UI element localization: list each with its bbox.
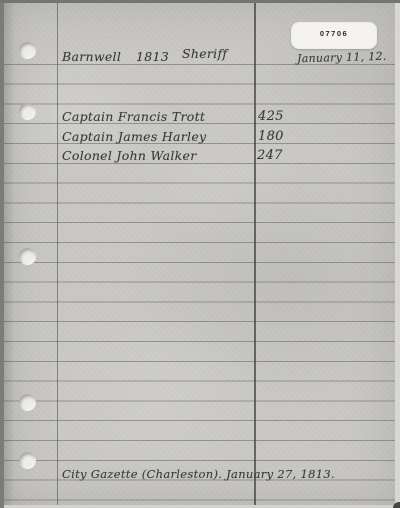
bottom-right-corner-shadow <box>393 502 400 508</box>
candidate-name: Colonel John Walker <box>62 150 197 163</box>
left-edge-shadow <box>4 3 15 508</box>
punch-hole <box>19 42 36 59</box>
center-divider-line <box>254 3 256 508</box>
candidate-name: Captain James Harley <box>62 131 206 144</box>
paper-texture <box>4 3 400 508</box>
paper: 07706 Barnwell 1813 Sheriff January 11, … <box>4 3 400 508</box>
punch-hole <box>19 394 36 411</box>
punch-hole <box>19 103 36 120</box>
header-date: January 11, 12. <box>297 51 387 64</box>
header-office: Sheriff <box>182 48 227 61</box>
left-margin-line <box>57 3 58 508</box>
candidate-name: Captain Francis Trott <box>62 111 205 124</box>
candidate-votes: 180 <box>258 130 284 143</box>
header-county: Barnwell <box>62 51 121 64</box>
punch-hole <box>19 452 36 469</box>
right-page-edge <box>395 3 400 508</box>
scanned-document-page: 07706 Barnwell 1813 Sheriff January 11, … <box>0 0 400 508</box>
punch-hole <box>19 248 36 265</box>
header-year: 1813 <box>136 51 169 64</box>
catalog-label: 07706 <box>291 22 377 49</box>
source-citation: City Gazette (Charleston). January 27, 1… <box>62 469 335 481</box>
catalog-number: 07706 <box>291 29 377 38</box>
candidate-votes: 425 <box>258 110 284 123</box>
candidate-votes: 247 <box>257 149 283 162</box>
